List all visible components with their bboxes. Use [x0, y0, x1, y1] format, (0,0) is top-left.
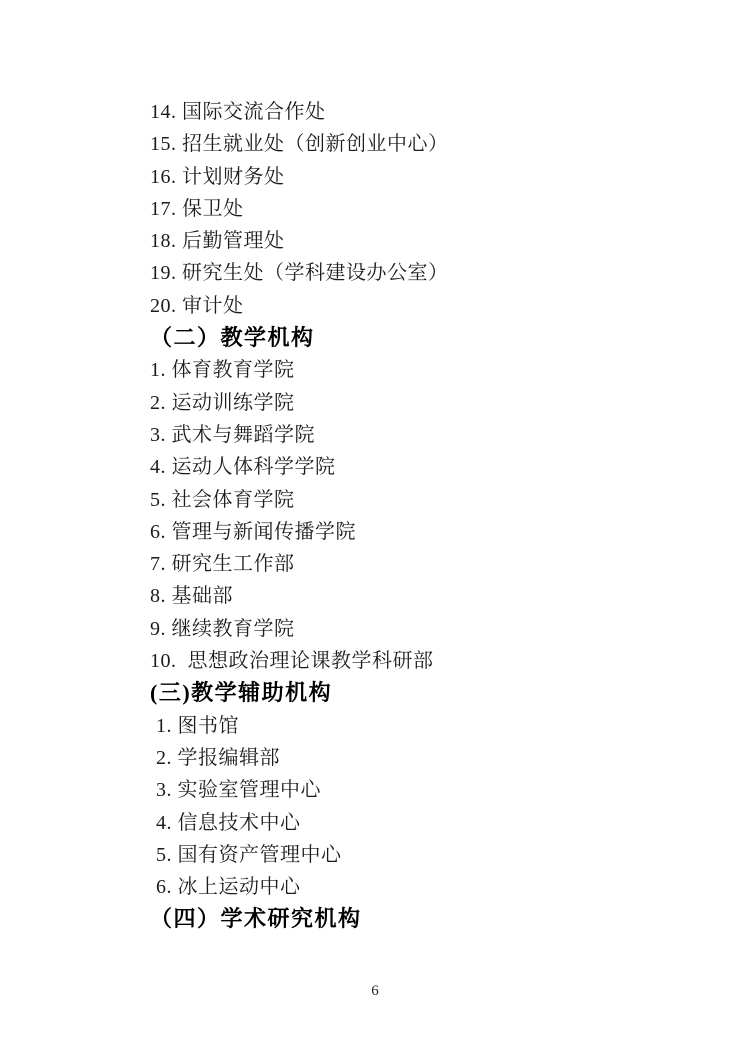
list-item: 6. 冰上运动中心	[156, 871, 710, 903]
list-item: 10. 思想政治理论课教学科研部	[150, 645, 710, 677]
list-item: 3. 实验室管理中心	[156, 774, 710, 806]
list-item: 5. 社会体育学院	[150, 484, 710, 516]
list-item: 4. 运动人体科学学院	[150, 451, 710, 483]
list-item: 20. 审计处	[150, 290, 710, 322]
list-item: 7. 研究生工作部	[150, 548, 710, 580]
list-item: 8. 基础部	[150, 580, 710, 612]
list-item: 1. 体育教育学院	[150, 354, 710, 386]
section-heading: (三)教学辅助机构	[150, 677, 710, 709]
list-item: 3. 武术与舞蹈学院	[150, 419, 710, 451]
list-item: 18. 后勤管理处	[150, 225, 710, 257]
list-item: 15. 招生就业处（创新创业中心）	[150, 128, 710, 160]
list-item: 16. 计划财务处	[150, 161, 710, 193]
list-item: 1. 图书馆	[156, 710, 710, 742]
list-item: 2. 学报编辑部	[156, 742, 710, 774]
section-heading: （二）教学机构	[150, 322, 710, 354]
document-content: 14. 国际交流合作处15. 招生就业处（创新创业中心）16. 计划财务处17.…	[150, 96, 710, 936]
document-page: 14. 国际交流合作处15. 招生就业处（创新创业中心）16. 计划财务处17.…	[0, 0, 750, 1061]
list-item: 19. 研究生处（学科建设办公室）	[150, 257, 710, 289]
list-item: 17. 保卫处	[150, 193, 710, 225]
list-item: 6. 管理与新闻传播学院	[150, 516, 710, 548]
list-item: 2. 运动训练学院	[150, 387, 710, 419]
list-item: 9. 继续教育学院	[150, 613, 710, 645]
list-item: 4. 信息技术中心	[156, 807, 710, 839]
page-number: 6	[0, 983, 750, 1000]
list-item: 14. 国际交流合作处	[150, 96, 710, 128]
section-heading: （四）学术研究机构	[150, 903, 710, 935]
list-item: 5. 国有资产管理中心	[156, 839, 710, 871]
